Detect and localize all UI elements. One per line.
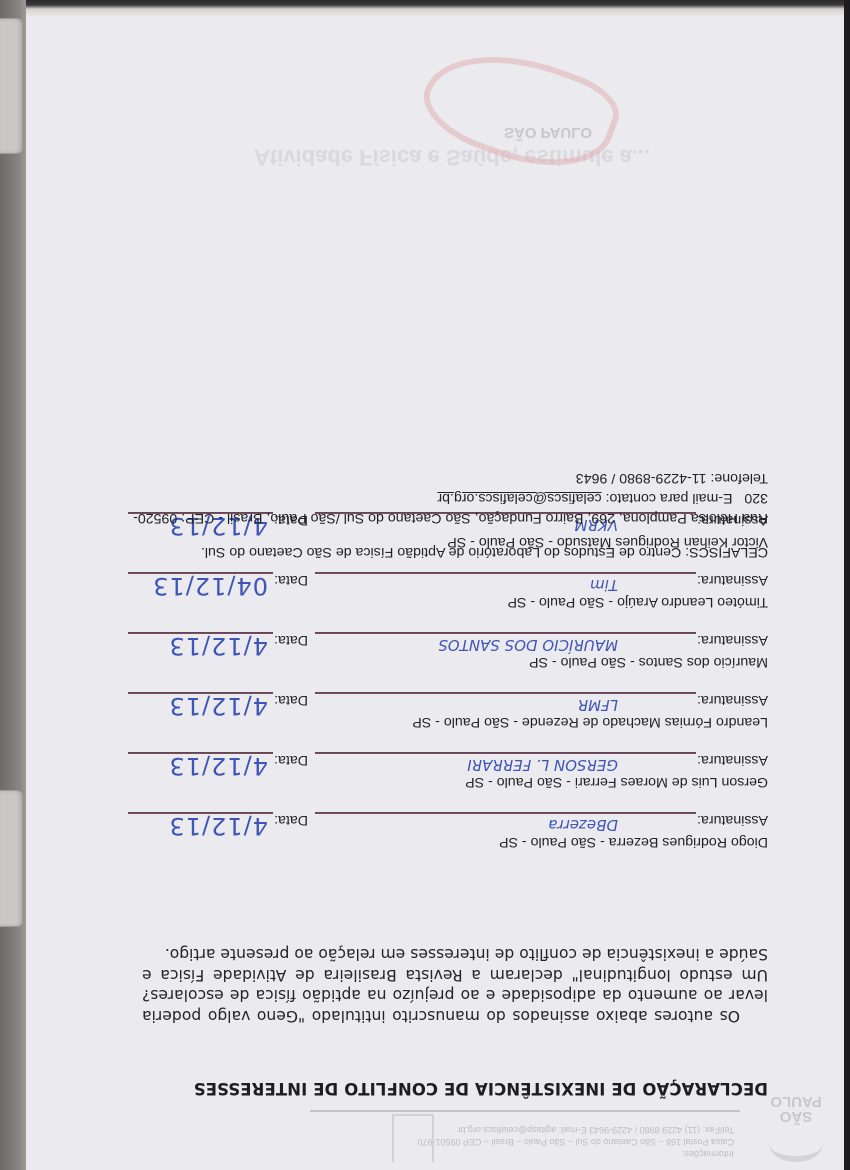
handwritten-date: 4/12/13: [168, 752, 268, 780]
author-entry: Gerson Luis de Moraes Ferrari - São Paul…: [128, 730, 768, 790]
info-line-2: Tel/Fax: (11) 4229 8980 / 4229-9643 E-ma…: [414, 1124, 734, 1136]
handwritten-signature: GERSON L. FERRARI: [467, 756, 618, 774]
contact-email-link[interactable]: celafiscs@celafiscs.org.br: [437, 490, 601, 506]
handwritten-date: 4/12/13: [168, 632, 268, 660]
signature-label: Assinatura:: [697, 632, 768, 648]
email-label: E-mail para contato:: [606, 490, 733, 506]
signature-line: [315, 632, 696, 634]
author-name: Diogo Rodrigues Bezerra - São Paulo - SP: [499, 834, 768, 850]
scanner-frame-left: [0, 0, 26, 1170]
author-name: Gerson Luis de Moraes Ferrari - São Paul…: [465, 774, 768, 790]
date-label: Data:: [274, 752, 308, 768]
author-entry: Maurício dos Santos - São Paulo - SP Ass…: [128, 610, 768, 670]
signature-line: [315, 692, 696, 694]
signature-line: [315, 572, 696, 574]
watermark-logo: SÃO PAULO: [504, 125, 592, 140]
signature-row: Assinatura: Tim Data: 04/12/13: [128, 566, 768, 590]
info-label: Informações:: [414, 1148, 734, 1160]
signature-label: Assinatura:: [697, 812, 768, 828]
logo-arc-icon: [769, 1126, 823, 1162]
signature-label: Assinatura:: [697, 572, 768, 588]
date-label: Data:: [274, 572, 308, 588]
organization-name: CELAFISCS: Centro de Estudos do Laborató…: [128, 542, 768, 562]
signature-label: Assinatura:: [697, 752, 768, 768]
handwritten-date: 04/12/13: [152, 572, 268, 600]
date-label: Data:: [274, 812, 308, 828]
author-entry: Diogo Rodrigues Bezerra - São Paulo - SP…: [128, 790, 768, 850]
letterhead-info: Informações: Caixa Postal 168 – São Caet…: [414, 1124, 734, 1160]
author-name: Timóteo Leandro Araújo - São Paulo - SP: [507, 594, 768, 610]
signature-line: [315, 812, 696, 814]
binder-clip-bottom: [0, 790, 23, 927]
signature-row: Assinatura: LFMR Data: 4/12/13: [128, 686, 768, 710]
author-entry: Leandro Fórnias Machado de Rezende - São…: [128, 670, 768, 730]
contact-footer: CELAFISCS: Centro de Estudos do Laborató…: [128, 468, 768, 562]
signature-label: Assinatura:: [697, 692, 768, 708]
letterhead-divider: [310, 1110, 740, 1112]
signature-row: Assinatura: GERSON L. FERRARI Data: 4/12…: [128, 746, 768, 770]
signature-row: Assinatura: DBezerra Data: 4/12/13: [128, 806, 768, 830]
binder-clip-top: [0, 18, 23, 154]
handwritten-signature: LFMR: [578, 696, 618, 714]
scanner-lid-edge: [0, 0, 850, 16]
author-name: Maurício dos Santos - São Paulo - SP: [529, 654, 768, 670]
handwritten-signature: MAURÍCIO DOS SANTOS: [438, 636, 618, 654]
letterhead: SÃO PAULO Informações: Caixa Postal 168 …: [26, 1090, 844, 1170]
address: Rua Heloisa Pamplona, 269, Bairro Fundaç…: [128, 488, 768, 528]
signature-line: [315, 752, 696, 754]
show-through-watermark: Atividade Física e Saúde, estimule a... …: [254, 50, 674, 170]
handwritten-signature: DBezerra: [548, 816, 618, 834]
signature-row: Assinatura: MAURÍCIO DOS SANTOS Data: 4/…: [128, 626, 768, 650]
date-label: Data:: [274, 632, 308, 648]
handwritten-date: 4/12/13: [168, 692, 268, 720]
info-line-1: Caixa Postal 168 – São Caetano do Sul – …: [414, 1136, 734, 1148]
author-name: Leandro Fórnias Machado de Rezende - São…: [412, 714, 768, 730]
declaration-paragraph: Os autores abaixo assinados do manuscrit…: [142, 944, 768, 1026]
sao-paulo-logo: SÃO PAULO: [756, 1104, 836, 1166]
document-title: DECLARAÇÃO DE INEXISTÊNCIA DE CONFLITO D…: [128, 1079, 768, 1098]
date-label: Data:: [274, 692, 308, 708]
handwritten-date: 4/12/13: [168, 812, 268, 840]
declaration-body: Os autores abaixo assinados do manuscrit…: [142, 944, 768, 1026]
handwritten-signature: Tim: [590, 576, 618, 594]
emblem-icon: [392, 1114, 434, 1162]
scanned-page: SÃO PAULO Informações: Caixa Postal 168 …: [26, 16, 844, 1170]
phone: Telefone: 11-4229-8980 / 9643: [128, 468, 768, 488]
scanner-frame-right: [844, 0, 850, 1170]
